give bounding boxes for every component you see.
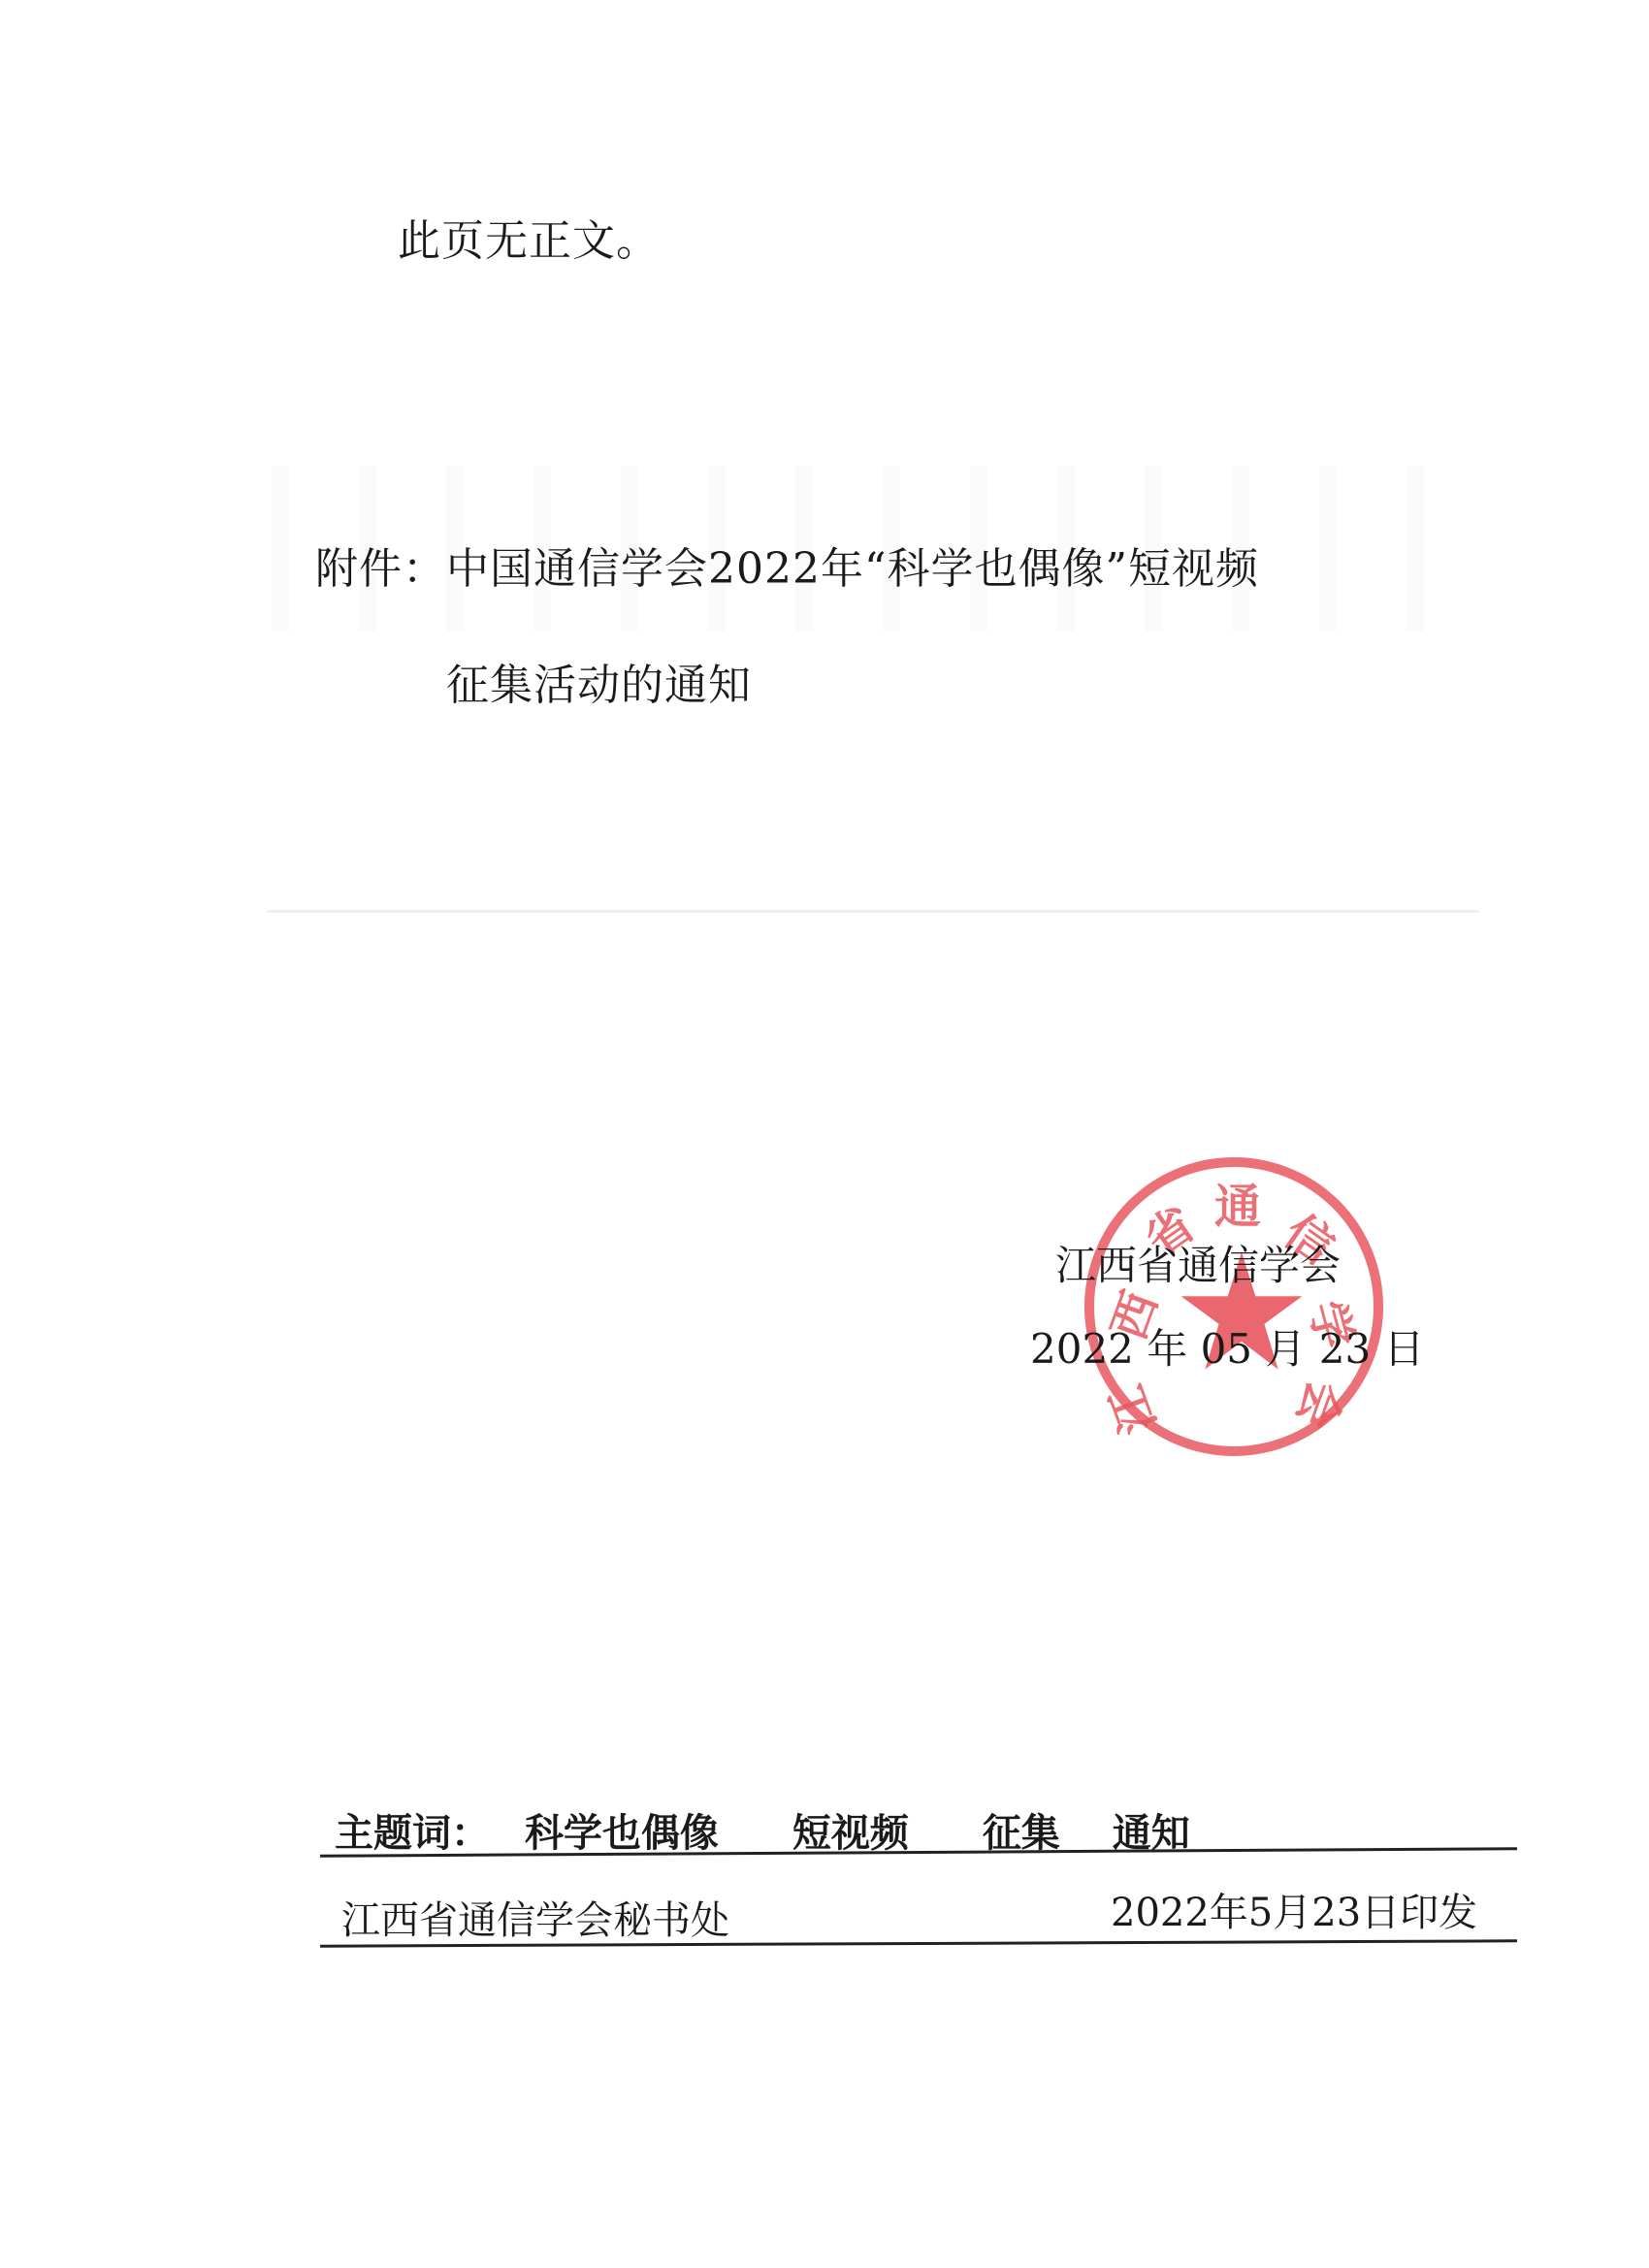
signature-organization: 江西省通信学会 bbox=[1055, 1234, 1341, 1292]
seal-char: 通 bbox=[1214, 1169, 1261, 1236]
keywords-label: 主题词： bbox=[335, 1802, 490, 1858]
signature-date: 2022 年 05 月 23 日 bbox=[1030, 1317, 1425, 1376]
attachment-title-part2: 征集活动的通知 bbox=[446, 650, 752, 712]
attachment-title-part1: 中国通信学会2022年“科学也偶像”短视频 bbox=[446, 544, 1259, 594]
issue-date: 2022年5月23日印发 bbox=[1111, 1882, 1477, 1937]
no-body-note: 此页无正文。 bbox=[398, 206, 660, 268]
issuer: 江西省通信学会秘书处 bbox=[341, 1890, 729, 1945]
attachment-label: 附件： bbox=[315, 544, 446, 594]
keyword: 科学也偶像 bbox=[525, 1802, 719, 1858]
keyword: 短视频 bbox=[792, 1802, 909, 1858]
bleed-through-line bbox=[267, 910, 1479, 913]
attachment-line-1: 附件：中国通信学会2022年“科学也偶像”短视频 bbox=[315, 534, 1259, 596]
